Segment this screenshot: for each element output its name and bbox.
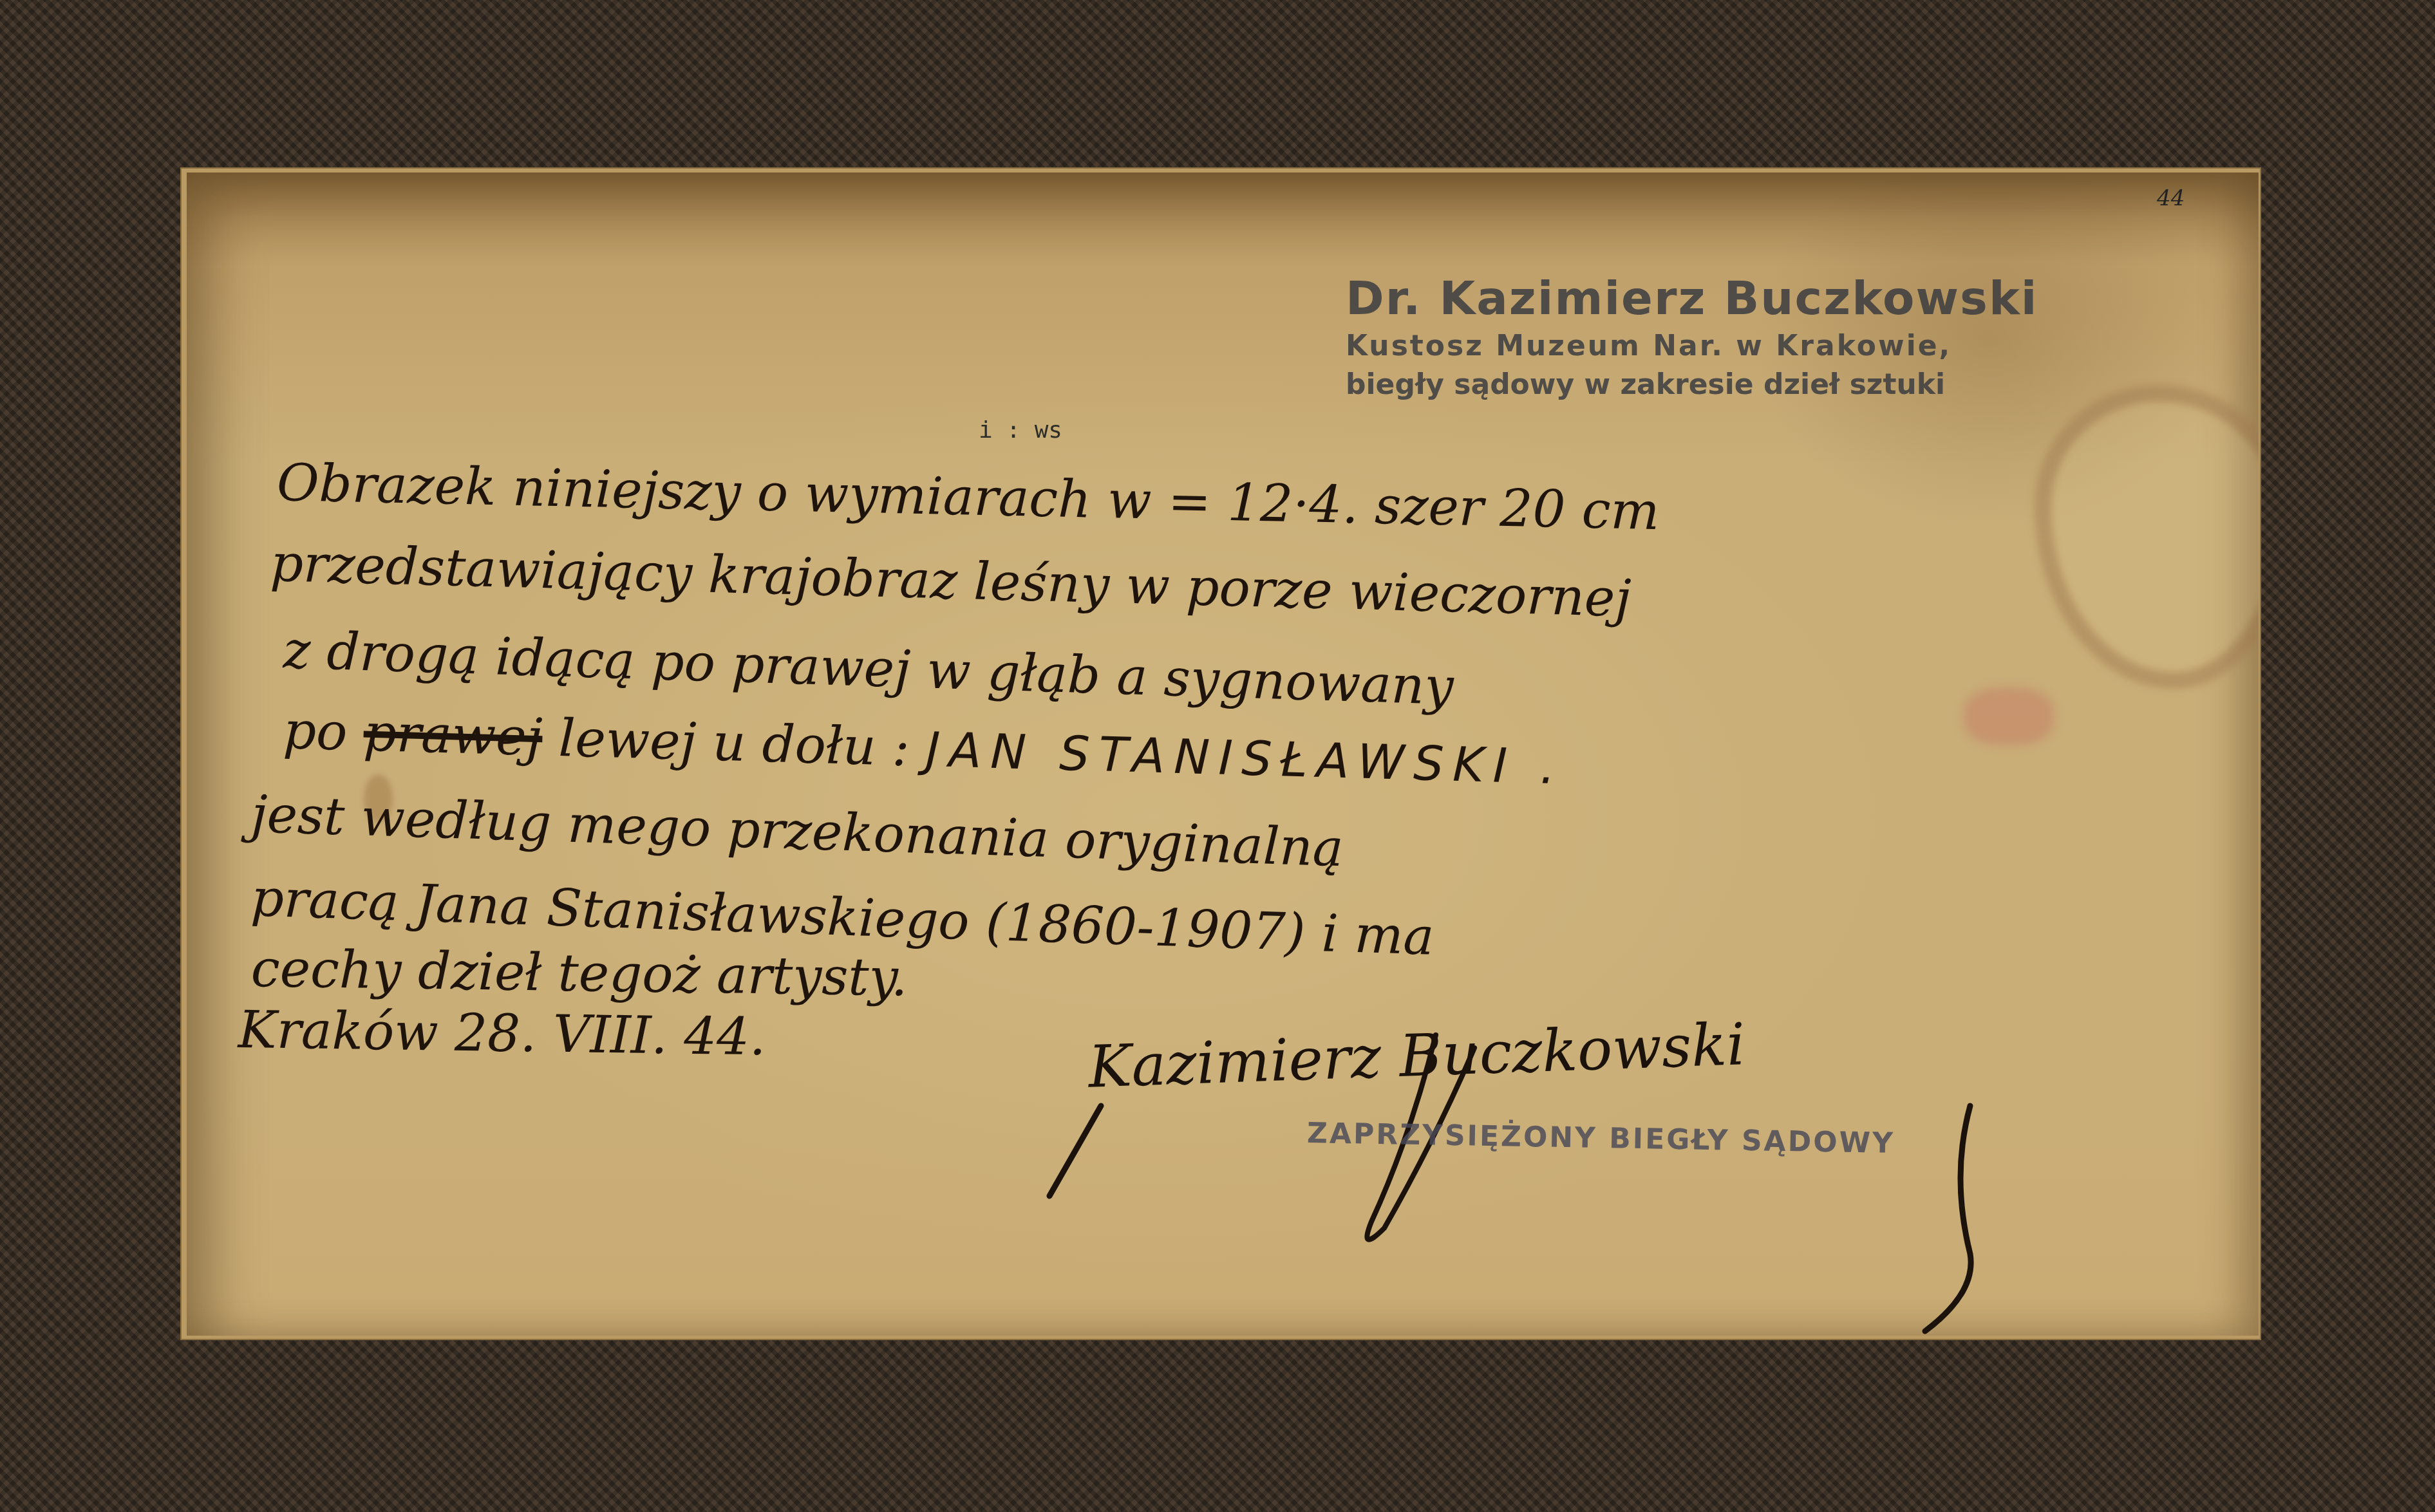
signature: Kazimierz Buczkowski	[1087, 1011, 1746, 1101]
stamp-position: Kustosz Muzeum Nar. w Krakowie,	[1346, 327, 2038, 366]
text-line-1: Obrazek niniejszy o wymiarach w = 12·4. …	[276, 453, 1660, 541]
struck-word: prawej	[362, 703, 543, 768]
stamp-name: Dr. Kazimierz Buczkowski	[1346, 269, 2038, 327]
text-line-5: jest według mego przekonania oryginalną	[250, 784, 1344, 878]
pencil-marks: i : ws	[979, 417, 1062, 443]
text-line-4-post: lewej u dołu :	[541, 707, 926, 778]
text-line-3: z drogą idącą po prawej w głąb a sygnowa…	[283, 620, 1455, 716]
text-line-7: cechy dzieł tegoż artysty.	[250, 938, 908, 1007]
text-line-2: przedstawiający krajobraz leśny w porze …	[270, 533, 1632, 628]
text-line-4-pre: po	[283, 700, 364, 762]
corner-pencil-mark: 44	[2157, 185, 2185, 211]
certificate-paper: 44 Dr. Kazimierz Buczkowski Kustosz Muze…	[187, 173, 2259, 1336]
footer-stamp: ZAPRZYSIĘŻONY BIEGŁY SĄDOWY	[1307, 1117, 1895, 1160]
text-line-4: po prawej lewej u dołu : JAN STANISŁAWSK…	[283, 700, 1565, 796]
stamp-expertise: biegły sądowy w zakresie dzieł sztuki	[1346, 366, 2038, 404]
header-stamp: Dr. Kazimierz Buczkowski Kustosz Muzeum …	[1346, 269, 2038, 404]
water-stain	[2035, 385, 2259, 689]
red-ink-marks	[1964, 687, 2054, 745]
place-date: Kraków 28. VIII. 44.	[238, 1000, 766, 1067]
artist-signature-transcription: JAN STANISŁAWSKI .	[925, 722, 1565, 796]
